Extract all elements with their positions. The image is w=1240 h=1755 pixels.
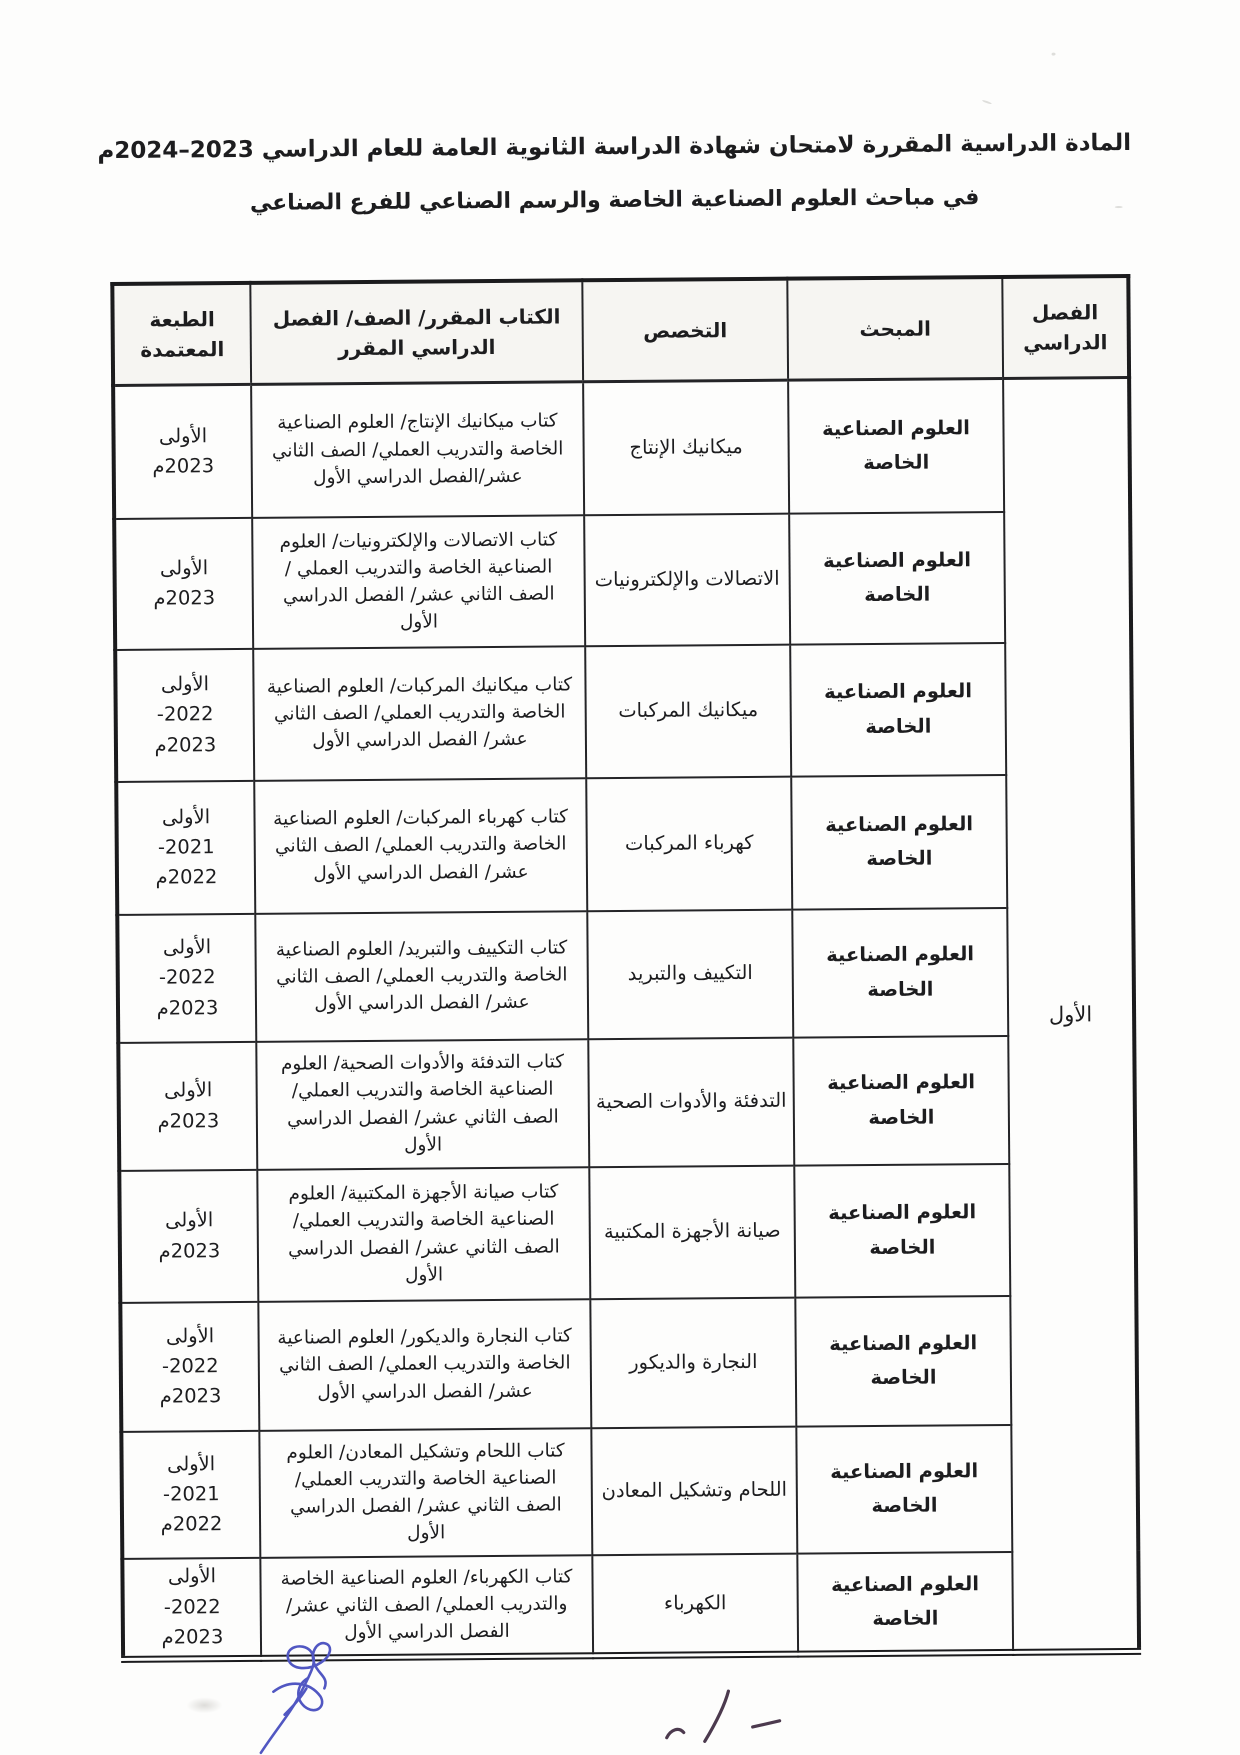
table-row: العلوم الصناعية الخاصة ميكانيك المركبات …	[115, 641, 1132, 781]
cell-specialization: النجارة والديكور	[590, 1297, 796, 1428]
header-semester: الفصل الدراسي	[1002, 276, 1129, 378]
table-row: العلوم الصناعية الخاصة كهرباء المركبات ك…	[116, 773, 1133, 914]
cell-subject: العلوم الصناعية الخاصة	[789, 511, 1005, 644]
cell-specialization: الكهرباء	[592, 1553, 798, 1656]
scan-speck	[1052, 53, 1056, 56]
table-row: العلوم الصناعية الخاصة اللحام وتشكيل الم…	[121, 1423, 1138, 1558]
header-book: الكتاب المقرر/ الصف/ الفصل الدراسي المقر…	[250, 280, 583, 384]
scan-smudge	[186, 1697, 222, 1713]
signature-strokes	[260, 1643, 331, 1753]
table-header-row: الفصل الدراسي المبحث التخصص الكتاب المقر…	[112, 276, 1129, 385]
cell-specialization: اللحام وتشكيل المعادن	[591, 1426, 797, 1555]
cell-book: كتاب اللحام وتشكيل المعادن/ العلوم الصنا…	[259, 1428, 592, 1558]
cell-semester: الأول	[1003, 377, 1139, 1652]
cell-edition: الأولى 2023م	[118, 1041, 257, 1170]
cell-specialization: الاتصالات والإلكترونيات	[584, 513, 790, 646]
handwritten-page-number	[640, 1683, 793, 1755]
cell-subject: العلوم الصناعية الخاصة	[793, 1035, 1009, 1165]
cell-specialization: صيانة الأجهزة المكتبية	[589, 1165, 795, 1299]
header-specialization: التخصص	[582, 279, 788, 382]
table-row: العلوم الصناعية الخاصة التكييف والتبريد …	[117, 906, 1134, 1042]
cell-edition: الأولى 2022- 2023م	[120, 1301, 259, 1431]
table-row: العلوم الصناعية الخاصة النجارة والديكور …	[120, 1294, 1137, 1431]
cell-subject: العلوم الصناعية الخاصة	[794, 1163, 1010, 1297]
cell-book: كتاب النجارة والديكور/ العلوم الصناعية ا…	[258, 1299, 591, 1431]
cell-specialization: التكييف والتبريد	[587, 909, 793, 1039]
cell-edition: الأولى 2022- 2023م	[115, 648, 254, 781]
cell-specialization: التدفئة والأدوات الصحية	[588, 1037, 794, 1167]
document-content: المادة الدراسية المقررة لامتحان شهادة ال…	[0, 0, 1240, 1755]
cell-subject: العلوم الصناعية الخاصة	[795, 1295, 1011, 1426]
cell-book: كتاب التكييف والتبريد/ العلوم الصناعية ا…	[255, 911, 588, 1042]
cell-book: كتاب التدفئة والأدوات الصحية/ العلوم الص…	[256, 1039, 589, 1170]
page-number-strokes	[666, 1691, 779, 1742]
cell-edition: الأولى 2021- 2022م	[121, 1430, 260, 1558]
cell-subject: العلوم الصناعية الخاصة	[788, 378, 1004, 513]
cell-subject: العلوم الصناعية الخاصة	[792, 907, 1008, 1037]
cell-edition: الأولى 2023م	[119, 1169, 258, 1302]
cell-edition: الأولى 2022- 2023م	[117, 913, 256, 1042]
cell-edition: الأولى 2023م	[113, 384, 252, 518]
table-row: الأول العلوم الصناعية الخاصة ميكانيك الإ…	[113, 377, 1130, 518]
table-row: العلوم الصناعية الخاصة التدفئة والأدوات …	[118, 1034, 1135, 1170]
header-edition: الطبعة المعتمدة	[112, 283, 251, 386]
cell-book: كتاب كهرباء المركبات/ العلوم الصناعية ال…	[254, 778, 587, 914]
cell-subject: العلوم الصناعية الخاصة	[797, 1551, 1013, 1654]
header-subject: المبحث	[787, 277, 1003, 380]
curriculum-table: الفصل الدراسي المبحث التخصص الكتاب المقر…	[110, 274, 1141, 1663]
scan-speck	[982, 99, 992, 104]
cell-book: كتاب ميكانيك المركبات/ العلوم الصناعية ا…	[253, 646, 586, 781]
cell-specialization: كهرباء المركبات	[586, 776, 792, 911]
table-row: العلوم الصناعية الخاصة صيانة الأجهزة الم…	[119, 1162, 1136, 1302]
cell-edition: الأولى 2021- 2022م	[116, 780, 255, 914]
cell-specialization: ميكانيك المركبات	[585, 644, 791, 778]
cell-subject: العلوم الصناعية الخاصة	[790, 642, 1006, 776]
page-title: المادة الدراسية المقررة لامتحان شهادة ال…	[0, 129, 1234, 165]
page-subtitle: في مباحث العلوم الصناعية الخاصة والرسم ا…	[0, 183, 1235, 218]
cell-book: كتاب الاتصالات والإلكترونيات/ العلوم الص…	[252, 515, 585, 649]
cell-subject: العلوم الصناعية الخاصة	[796, 1424, 1012, 1553]
cell-edition: الأولى 2023م	[114, 517, 253, 649]
cell-specialization: ميكانيك الإنتاج	[583, 380, 789, 515]
table-row: العلوم الصناعية الخاصة الاتصالات والإلكت…	[114, 510, 1131, 649]
scanned-document-page: المادة الدراسية المقررة لامتحان شهادة ال…	[0, 0, 1240, 1755]
cell-subject: العلوم الصناعية الخاصة	[791, 774, 1007, 909]
cell-book: كتاب صيانة الأجهزة المكتبية/ العلوم الصن…	[257, 1167, 590, 1302]
cell-book: كتاب ميكانيك الإنتاج/ العلوم الصناعية ال…	[251, 382, 584, 518]
signature-ink	[240, 1636, 353, 1755]
